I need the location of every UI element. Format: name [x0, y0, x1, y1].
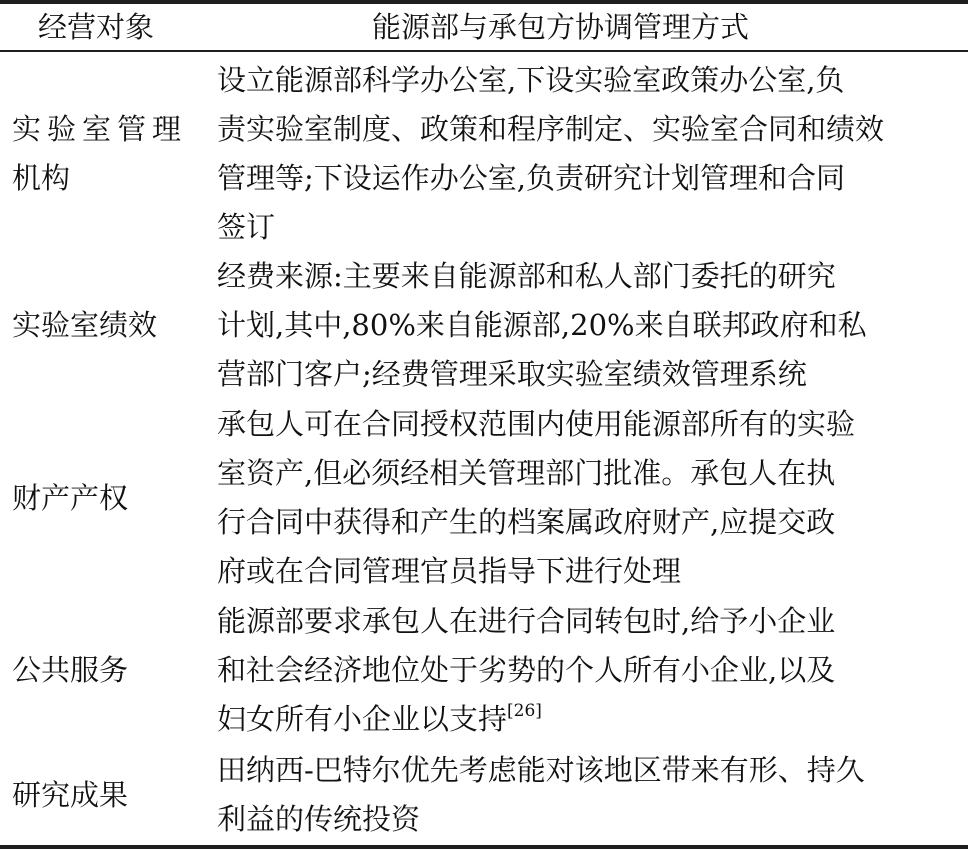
row-method-cell: 能源部要求承包人在进行合同转包时,给予小企业 和社会经济地位处于劣势的个人所有小… [217, 597, 965, 744]
row-method-line: 行合同中获得和产生的档案属政府财产,应提交政 [217, 498, 965, 547]
row-object-line: 机构 [12, 154, 202, 203]
row-method-line: 田纳西-巴特尔优先考虑能对该地区带来有形、持久 [217, 746, 965, 795]
management-table: 经营对象 能源部与承包方协调管理方式 实验室管理 机构 设立能源部科学办公室,下… [0, 0, 968, 849]
row-method-cell: 承包人可在合同授权范围内使用能源部所有的实验 室资产,但必须经相关管理部门批准。… [217, 400, 965, 596]
row-method-line: 计划,其中,80%来自能源部,20%来自联邦政府和私 [217, 301, 965, 350]
header-method: 能源部与承包方协调管理方式 [372, 4, 749, 50]
row-method-line: 签订 [217, 203, 965, 252]
row-method-line: 能源部要求承包人在进行合同转包时,给予小企业 [217, 597, 965, 646]
row-method-line: 室资产,但必须经相关管理部门批准。承包人在执 [217, 449, 965, 498]
row-object-cell: 研究成果 [12, 771, 202, 820]
row-method-line: 和社会经济地位处于劣势的个人所有小企业,以及 [217, 646, 965, 695]
row-method-line: 管理等;下设运作办公室,负责研究计划管理和合同 [217, 154, 965, 203]
row-method-cell: 田纳西-巴特尔优先考虑能对该地区带来有形、持久 利益的传统投资 [217, 746, 965, 844]
row-object-cell: 公共服务 [12, 646, 202, 695]
row-method-cell: 经费来源:主要来自能源部和私人部门委托的研究 计划,其中,80%来自能源部,20… [217, 252, 965, 399]
row-method-line: 利益的传统投资 [217, 795, 965, 844]
row-object-cell: 财产产权 [12, 474, 202, 523]
row-method-line-with-citation: 妇女所有小企业以支持[26] [217, 695, 965, 744]
row-method-line: 承包人可在合同授权范围内使用能源部所有的实验 [217, 400, 965, 449]
row-object-cell: 实验室绩效 [12, 301, 202, 350]
row-object-line: 实验室管理 [12, 105, 202, 154]
table-bottom-rule [0, 845, 968, 849]
row-method-line: 责实验室制度、政策和程序制定、实验室合同和绩效 [217, 105, 965, 154]
header-rule [0, 50, 968, 52]
row-object-line: 实验室绩效 [12, 301, 202, 350]
row-method-line: 设立能源部科学办公室,下设实验室政策办公室,负 [217, 56, 965, 105]
citation-ref: [26] [507, 701, 542, 721]
row-object-line: 财产产权 [12, 474, 202, 523]
row-object-line: 研究成果 [12, 771, 202, 820]
row-object-cell: 实验室管理 机构 [12, 105, 202, 203]
row-method-line: 经费来源:主要来自能源部和私人部门委托的研究 [217, 252, 965, 301]
row-method-line: 府或在合同管理官员指导下进行处理 [217, 547, 965, 596]
row-method-cell: 设立能源部科学办公室,下设实验室政策办公室,负 责实验室制度、政策和程序制定、实… [217, 56, 965, 252]
row-method-text: 妇女所有小企业以支持 [217, 702, 507, 736]
row-object-line: 公共服务 [12, 646, 202, 695]
header-object: 经营对象 [38, 4, 154, 50]
row-method-line: 营部门客户;经费管理采取实验室绩效管理系统 [217, 350, 965, 399]
